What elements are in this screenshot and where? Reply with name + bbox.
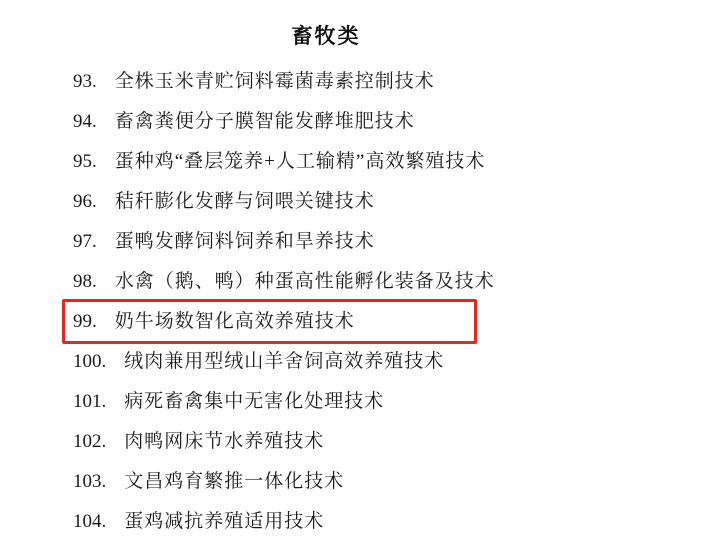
document-page: 畜牧类 93.全株玉米青贮饲料霉菌毒素控制技术 94.畜禽粪便分子膜智能发酵堆肥… — [0, 0, 711, 536]
item-number: 95. — [73, 142, 97, 182]
item-number: 96. — [73, 182, 97, 222]
list-item: 98.水禽（鹅、鸭）种蛋高性能孵化装备及技术 — [0, 262, 711, 302]
item-text: 蛋种鸡“叠层笼养+人工输精”高效繁殖技术 — [115, 142, 486, 182]
list-item: 97.蛋鸭发酵饲料饲养和旱养技术 — [0, 222, 711, 262]
list-item: 101.病死畜禽集中无害化处理技术 — [0, 382, 711, 422]
item-text: 秸秆膨化发酵与饲喂关键技术 — [115, 182, 375, 222]
item-number: 100. — [73, 342, 106, 382]
list-item: 104.蛋鸡减抗养殖适用技术 — [0, 502, 711, 536]
item-number: 98. — [73, 262, 97, 302]
list-item: 102.肉鸭网床节水养殖技术 — [0, 422, 711, 462]
item-text: 水禽（鹅、鸭）种蛋高性能孵化装备及技术 — [115, 262, 495, 302]
list-item: 95.蛋种鸡“叠层笼养+人工输精”高效繁殖技术 — [0, 142, 711, 182]
list-item: 100.绒肉兼用型绒山羊舍饲高效养殖技术 — [0, 342, 711, 382]
item-text: 畜禽粪便分子膜智能发酵堆肥技术 — [115, 102, 415, 142]
item-text: 蛋鸭发酵饲料饲养和旱养技术 — [115, 222, 375, 262]
list-item: 103.文昌鸡育繁推一体化技术 — [0, 462, 711, 502]
item-number: 93. — [73, 62, 97, 102]
section-title: 畜牧类 — [0, 20, 652, 54]
item-text: 绒肉兼用型绒山羊舍饲高效养殖技术 — [124, 342, 444, 382]
list-item-highlighted: 99.奶牛场数智化高效养殖技术 — [0, 302, 711, 342]
item-number: 104. — [73, 502, 106, 536]
item-number: 97. — [73, 222, 97, 262]
item-text: 全株玉米青贮饲料霉菌毒素控制技术 — [115, 62, 435, 102]
item-text: 病死畜禽集中无害化处理技术 — [124, 382, 384, 422]
item-text: 奶牛场数智化高效养殖技术 — [115, 302, 355, 342]
item-number: 101. — [73, 382, 106, 422]
item-number: 102. — [73, 422, 106, 462]
item-text: 文昌鸡育繁推一体化技术 — [124, 462, 344, 502]
item-number: 94. — [73, 102, 97, 142]
item-text: 蛋鸡减抗养殖适用技术 — [124, 502, 324, 536]
tech-list: 93.全株玉米青贮饲料霉菌毒素控制技术 94.畜禽粪便分子膜智能发酵堆肥技术 9… — [0, 62, 711, 536]
item-number: 99. — [73, 302, 97, 342]
list-item: 93.全株玉米青贮饲料霉菌毒素控制技术 — [0, 62, 711, 102]
item-text: 肉鸭网床节水养殖技术 — [124, 422, 324, 462]
item-number: 103. — [73, 462, 106, 502]
list-item: 94.畜禽粪便分子膜智能发酵堆肥技术 — [0, 102, 711, 142]
list-item: 96.秸秆膨化发酵与饲喂关键技术 — [0, 182, 711, 222]
